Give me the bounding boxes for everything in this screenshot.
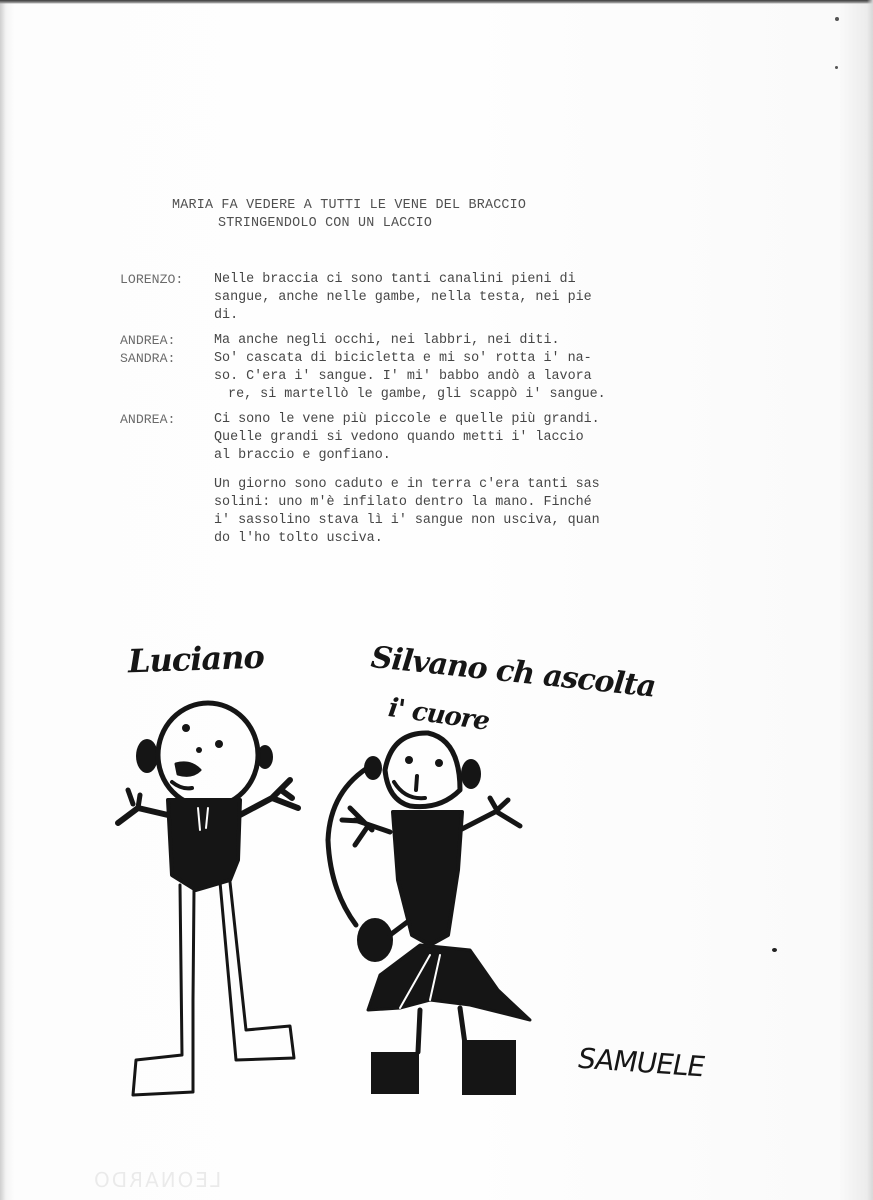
figure-luciano: [118, 703, 298, 1095]
figure-silvano: [328, 733, 530, 1095]
bleed-through-text: LEONARDO: [92, 1168, 221, 1192]
child-drawings: [0, 0, 873, 1200]
